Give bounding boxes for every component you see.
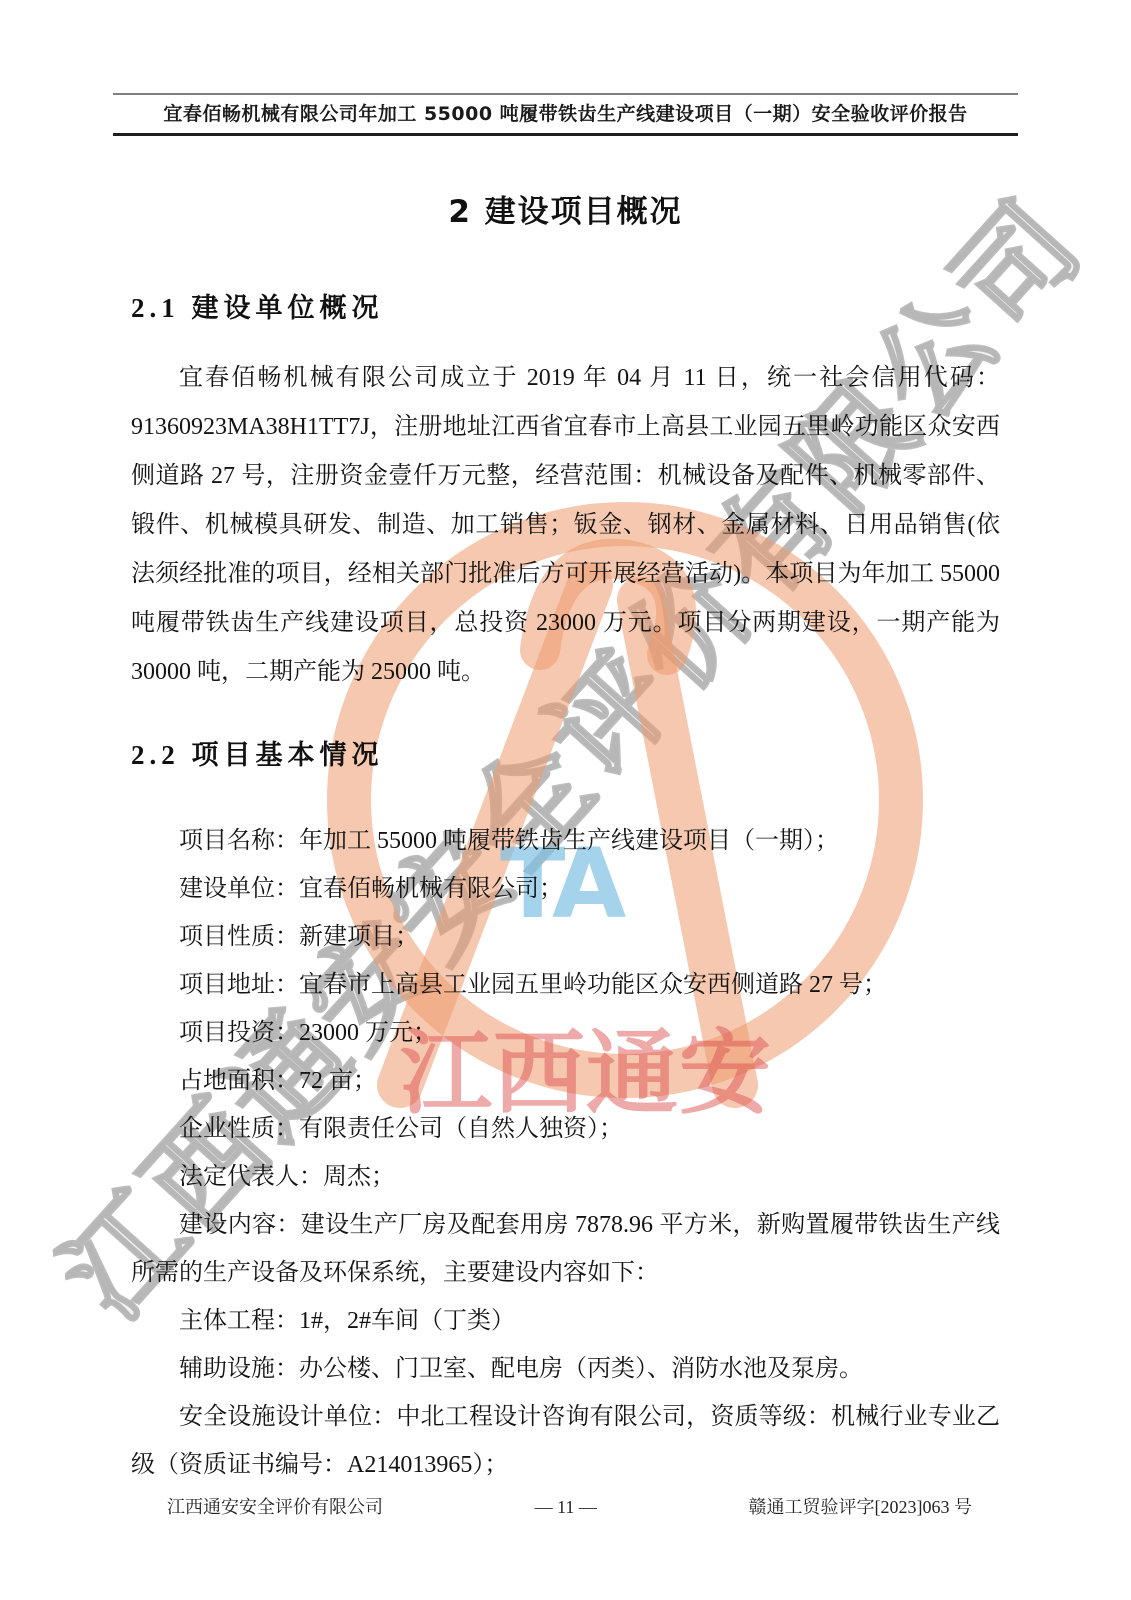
footer-page-number: — 11 —: [535, 1497, 597, 1518]
list-item-safety-design-unit: 安全设施设计单位：中北工程设计咨询有限公司，资质等级：机械行业专业乙级（资质证书…: [131, 1393, 1000, 1489]
document-page: 江西通安安全评价有限公司 TA 江西通安 宜春佰畅机械有限公司年加工 55000…: [0, 0, 1131, 1600]
chapter-title: 2 建设项目概况: [131, 186, 1000, 231]
list-item-construction-content: 建设内容：建设生产厂房及配套用房 7878.96 平方米，新购置履带铁齿生产线所…: [131, 1201, 1000, 1297]
section-2-2-heading: 2.2 项目基本情况: [131, 733, 1000, 772]
list-item-construction-unit: 建设单位：宜春佰畅机械有限公司；: [131, 865, 1000, 913]
list-item-main-works: 主体工程：1#，2#车间（丁类）: [131, 1297, 1000, 1345]
section-2-1-paragraph: 宜春佰畅机械有限公司成立于 2019 年 04 月 11 日，统一社会信用代码：…: [131, 354, 1000, 697]
list-item-project-name: 项目名称：年加工 55000 吨履带铁齿生产线建设项目（一期）；: [131, 817, 1000, 865]
header-title: 宜春佰畅机械有限公司年加工 55000 吨履带铁齿生产线建设项目（一期）安全验收…: [163, 103, 967, 125]
page-footer: 江西通安安全评价有限公司 — 11 — 赣通工贸验评字[2023]063 号: [131, 1493, 1000, 1519]
project-info-list: 项目名称：年加工 55000 吨履带铁齿生产线建设项目（一期）； 建设单位：宜春…: [131, 817, 1000, 1489]
page-header: 宜春佰畅机械有限公司年加工 55000 吨履带铁齿生产线建设项目（一期）安全验收…: [113, 93, 1018, 136]
footer-document-number: 赣通工贸验评字[2023]063 号: [749, 1493, 973, 1519]
list-item-project-address: 项目地址：宜春市上高县工业园五里岭功能区众安西侧道路 27 号；: [131, 961, 1000, 1009]
list-item-project-investment: 项目投资：23000 万元；: [131, 1009, 1000, 1057]
page-content: 宜春佰畅机械有限公司年加工 55000 吨履带铁齿生产线建设项目（一期）安全验收…: [0, 0, 1131, 1600]
section-2-1-heading: 2.1 建设单位概况: [131, 286, 1000, 325]
list-item-legal-representative: 法定代表人：周杰；: [131, 1153, 1000, 1201]
footer-company-name: 江西通安安全评价有限公司: [167, 1493, 383, 1519]
list-item-land-area: 占地面积：72 亩；: [131, 1057, 1000, 1105]
list-item-project-nature: 项目性质：新建项目；: [131, 913, 1000, 961]
list-item-enterprise-nature: 企业性质：有限责任公司（自然人独资）；: [131, 1105, 1000, 1153]
list-item-auxiliary-facilities: 辅助设施：办公楼、门卫室、配电房（丙类）、消防水池及泵房。: [131, 1345, 1000, 1393]
